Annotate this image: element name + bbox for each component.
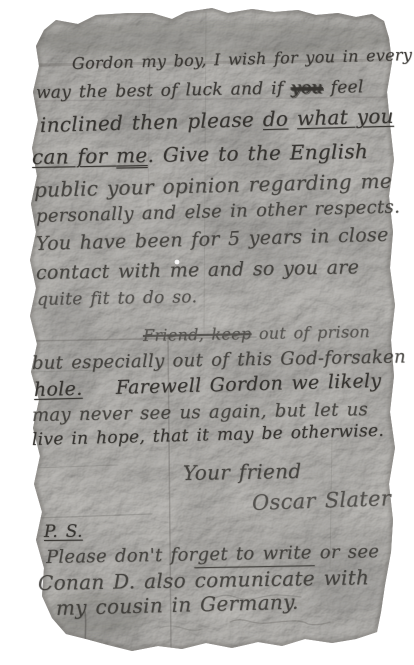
letter-line-12: hole. Farewell Gordon we likely <box>34 371 382 402</box>
signature-oscar-slater: Oscar Slater <box>252 486 392 515</box>
letter-line-9: quite fit to do so. <box>37 288 198 310</box>
letter-text-segment: inclined then please <box>40 107 263 137</box>
letter-line-4: can for me. Give to the English <box>32 140 369 169</box>
letter-text-segment: Oscar Slater <box>252 486 392 515</box>
letter-line-1: Gordon my boy, I wish for you in every <box>72 46 413 73</box>
letter-line-7: You have been for 5 years in close <box>36 225 389 256</box>
letter-line-3: inclined then please do what you <box>40 105 394 137</box>
letter-text-segment: Conan D. also <box>38 568 195 595</box>
letter-text-segment: way the best of luck and if <box>36 79 292 103</box>
letter-text-segment: Please don't forget to write or see <box>46 541 380 568</box>
letter-text-segment: my cousin in Germany. <box>56 590 299 620</box>
overlined-word: comunicate <box>194 566 315 592</box>
letter-text-segment: public your opinion regarding me <box>34 169 393 202</box>
letter-line-18: Please don't forget to write or see <box>46 542 380 569</box>
letter-text-segment: contact with me and so you are <box>36 256 360 284</box>
letter-line-8: contact with me and so you are <box>36 257 360 284</box>
letter-line-20: my cousin in Germany. <box>56 591 299 620</box>
letter-line-2: way the best of luck and if you feel <box>36 78 364 103</box>
letter-line-19: Conan D. also comunicate with <box>38 566 370 595</box>
letter-text-segment: out of prison <box>251 322 370 343</box>
struck-out-words: Friend, keep <box>143 324 252 345</box>
underlined-word: P. S. <box>44 522 83 542</box>
letter-text-segment: Your friend <box>183 459 302 485</box>
scribbled-word: you <box>291 78 323 99</box>
letter-text-segment: Farewell Gordon we likely <box>82 370 381 400</box>
letter-text-segment: Gordon my boy, I wish for you in every <box>72 45 413 73</box>
letter-text-segment: You have been for 5 years in close <box>36 224 389 255</box>
underlined-word: what you <box>297 104 395 131</box>
letter-text-segment: with <box>315 565 370 590</box>
letter-text-segment: . Give to the English <box>147 139 368 167</box>
letter-text-segment: quite fit to do so. <box>37 287 198 310</box>
letter-line-10: Friend, keep out of prison <box>143 323 370 345</box>
letter-photograph: Gordon my boy, I wish for you in every w… <box>0 0 414 665</box>
underlined-word: do <box>262 107 288 132</box>
letter-text-segment: personally and else in other respects. <box>36 196 401 227</box>
letter-text-segment: feel <box>323 77 364 98</box>
letter-line-6: personally and else in other respects. <box>36 197 401 227</box>
underlined-word: hole. <box>34 378 83 401</box>
letter-line-14: live in hope, that it may be otherwise. <box>32 422 385 451</box>
letter-text: Gordon my boy, I wish for you in every w… <box>0 0 414 665</box>
postscript-label: P. S. <box>44 523 83 543</box>
underlined-word: can for <box>32 144 117 169</box>
signature-your-friend: Your friend <box>183 460 302 485</box>
double-underlined-word: me <box>116 143 148 168</box>
